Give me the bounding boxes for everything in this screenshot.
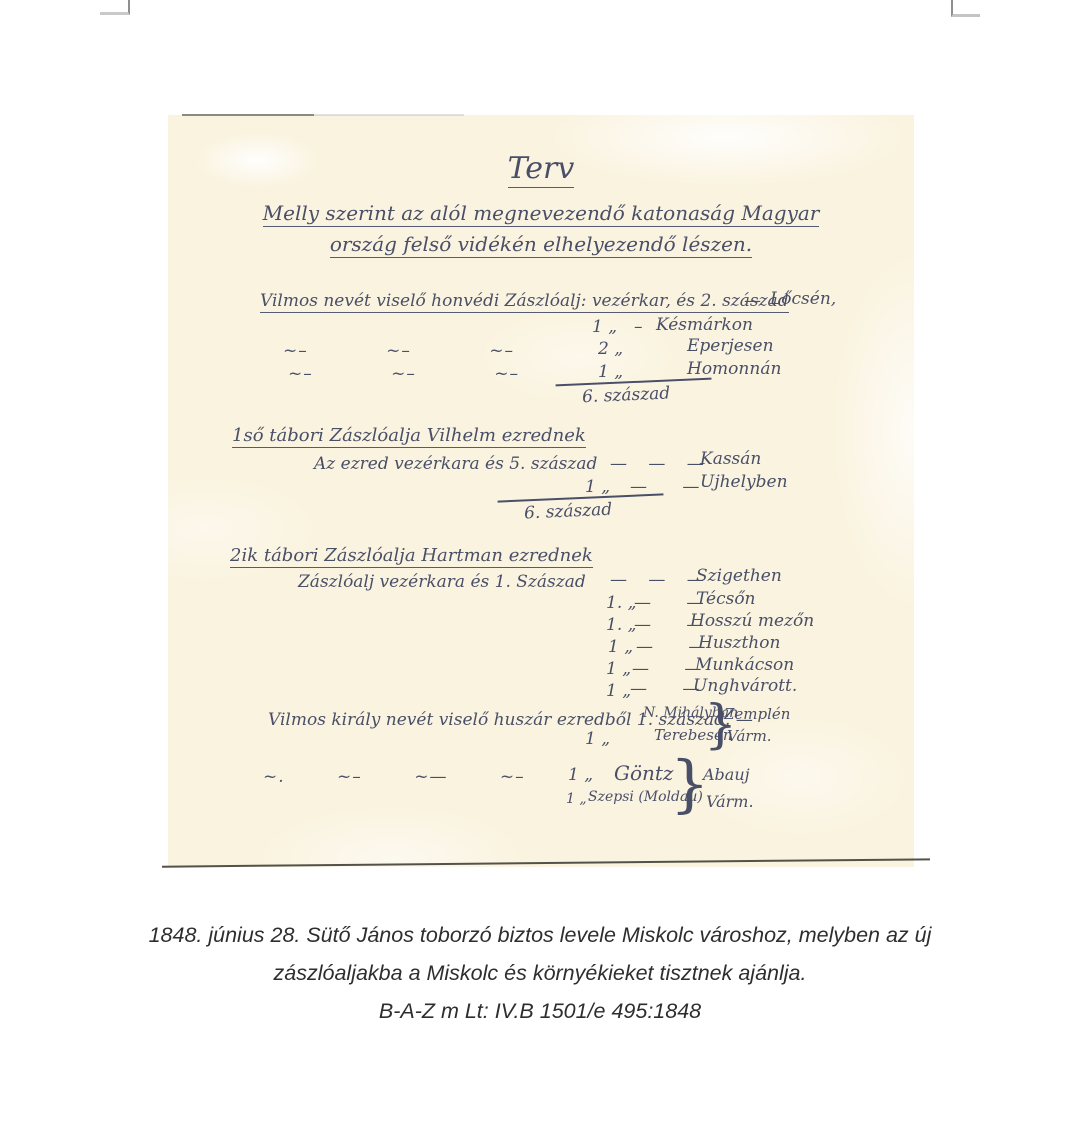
caption-line1: 1848. június 28. Sütő János toborzó bizt… xyxy=(0,916,1080,954)
battalion1-row2-qty: 2 „ xyxy=(598,339,623,359)
battalion1-row2-ditto-marks: ~– ~– ~– xyxy=(283,341,514,361)
battalion3-row-qty: 1 „ xyxy=(606,659,631,679)
scan-edge-bottom-line xyxy=(162,858,930,867)
hussars1-county-line1: Zemplén xyxy=(724,705,790,723)
battalion1-row1-qty: 1 „ xyxy=(592,317,617,337)
battalion3-row-place: Unghvárott. xyxy=(693,676,797,696)
battalion3-line1-dashes: — — — xyxy=(610,570,704,590)
battalion2-row1-place: Ujhelyben xyxy=(700,472,788,492)
scan-edge-top-line-faint xyxy=(314,114,464,116)
scan-edge-top-line xyxy=(182,114,314,116)
battalion2-line1-dashes: — — — xyxy=(610,454,704,474)
battalion3-row-place: Huszthon xyxy=(698,633,780,653)
manuscript-intro-line2-row: ország felső vidékén elhelyezendő lészen… xyxy=(168,232,914,256)
battalion3-row-dashes: — — xyxy=(632,659,701,679)
hussars2-ditto-marks: ~. ~– ~— ~– xyxy=(263,767,525,787)
battalion1-heading-dash: — xyxy=(744,291,761,311)
hussars2-curly-brace: } xyxy=(670,753,709,815)
battalion2-line1-text: Az ezred vezérkara és 5. szászad xyxy=(314,454,597,474)
battalion2-line1-place: Kassán xyxy=(700,449,761,469)
hussars2-row1-qty: 1 „ xyxy=(568,765,593,785)
battalion1-row3-place: Homonnán xyxy=(687,359,781,379)
page-corner-mark-right xyxy=(951,0,980,17)
battalion3-row-dashes: — — xyxy=(630,679,699,699)
photo-caption: 1848. június 28. Sütő János toborzó bizt… xyxy=(0,916,1080,1030)
battalion3-row-dashes: — — xyxy=(634,593,703,613)
caption-line3: B-A-Z m Lt: IV.B 1501/e 495:1848 xyxy=(0,992,1080,1030)
manuscript-intro-line1-row: Melly szerint az alól megnevezendő katon… xyxy=(168,201,914,225)
battalion1-heading: Vilmos nevét viselő honvédi Zászlóalj: v… xyxy=(260,291,789,313)
page-corner-mark-left xyxy=(100,0,130,15)
battalion1-row1-dash: – xyxy=(634,317,643,337)
battalion1-total: 6. szászad xyxy=(556,378,713,409)
manuscript-intro-line2: ország felső vidékén elhelyezendő lészen… xyxy=(330,232,752,258)
battalion3-row-place: Munkácson xyxy=(695,655,794,675)
scanned-document: Terv Melly szerint az alól megnevezendő … xyxy=(168,115,914,867)
hussars2-row2-qty: 1 „ xyxy=(566,791,587,807)
hussars1-county-line2: Várm. xyxy=(727,727,772,745)
battalion3-row-qty: 1. „ xyxy=(606,615,636,635)
battalion1-row1-place: Késmárkon xyxy=(656,315,753,335)
battalion1-heading-place: Lőcsén, xyxy=(770,289,836,309)
battalion3-row-place: Hosszú mezőn xyxy=(690,611,814,631)
battalion1-row3-qty: 1 „ xyxy=(598,362,623,382)
hussars2-row1-place: Göntz xyxy=(614,761,673,785)
battalion3-row-qty: 1 „ xyxy=(606,681,631,701)
battalion3-row-dashes: — — xyxy=(636,637,705,657)
manuscript-title: Terv xyxy=(508,151,575,188)
hussars2-county-line1: Abauj xyxy=(703,765,750,784)
battalion1-row3-ditto-marks: ~– ~– ~– xyxy=(288,364,519,384)
battalion2-total: 6. szászad xyxy=(498,493,665,524)
hussars2-county-line2: Várm. xyxy=(706,792,754,811)
battalion2-heading: 1ső tábori Zászlóalja Vilhelm ezrednek xyxy=(232,425,586,448)
caption-line2: zászlóaljakba a Miskolc és környékieket … xyxy=(0,954,1080,992)
manuscript-title-row: Terv xyxy=(168,151,914,186)
battalion3-line1-text: Zászlóalj vezérkara és 1. Szászad xyxy=(298,572,586,592)
battalion3-row-qty: 1. „ xyxy=(606,593,636,613)
battalion2-row1-qty: 1 „ xyxy=(585,477,610,497)
manuscript-intro-line1: Melly szerint az alól megnevezendő katon… xyxy=(263,201,820,227)
hussars1-qty2: 1 „ xyxy=(585,729,610,749)
battalion3-heading: 2ik tábori Zászlóalja Hartman ezrednek xyxy=(230,545,593,568)
battalion1-row2-place: Eperjesen xyxy=(687,336,774,356)
battalion3-row-qty: 1 „ xyxy=(608,637,633,657)
battalion3-line1-place: Szigethen xyxy=(696,566,782,586)
battalion3-row-place: Técsőn xyxy=(696,589,756,609)
